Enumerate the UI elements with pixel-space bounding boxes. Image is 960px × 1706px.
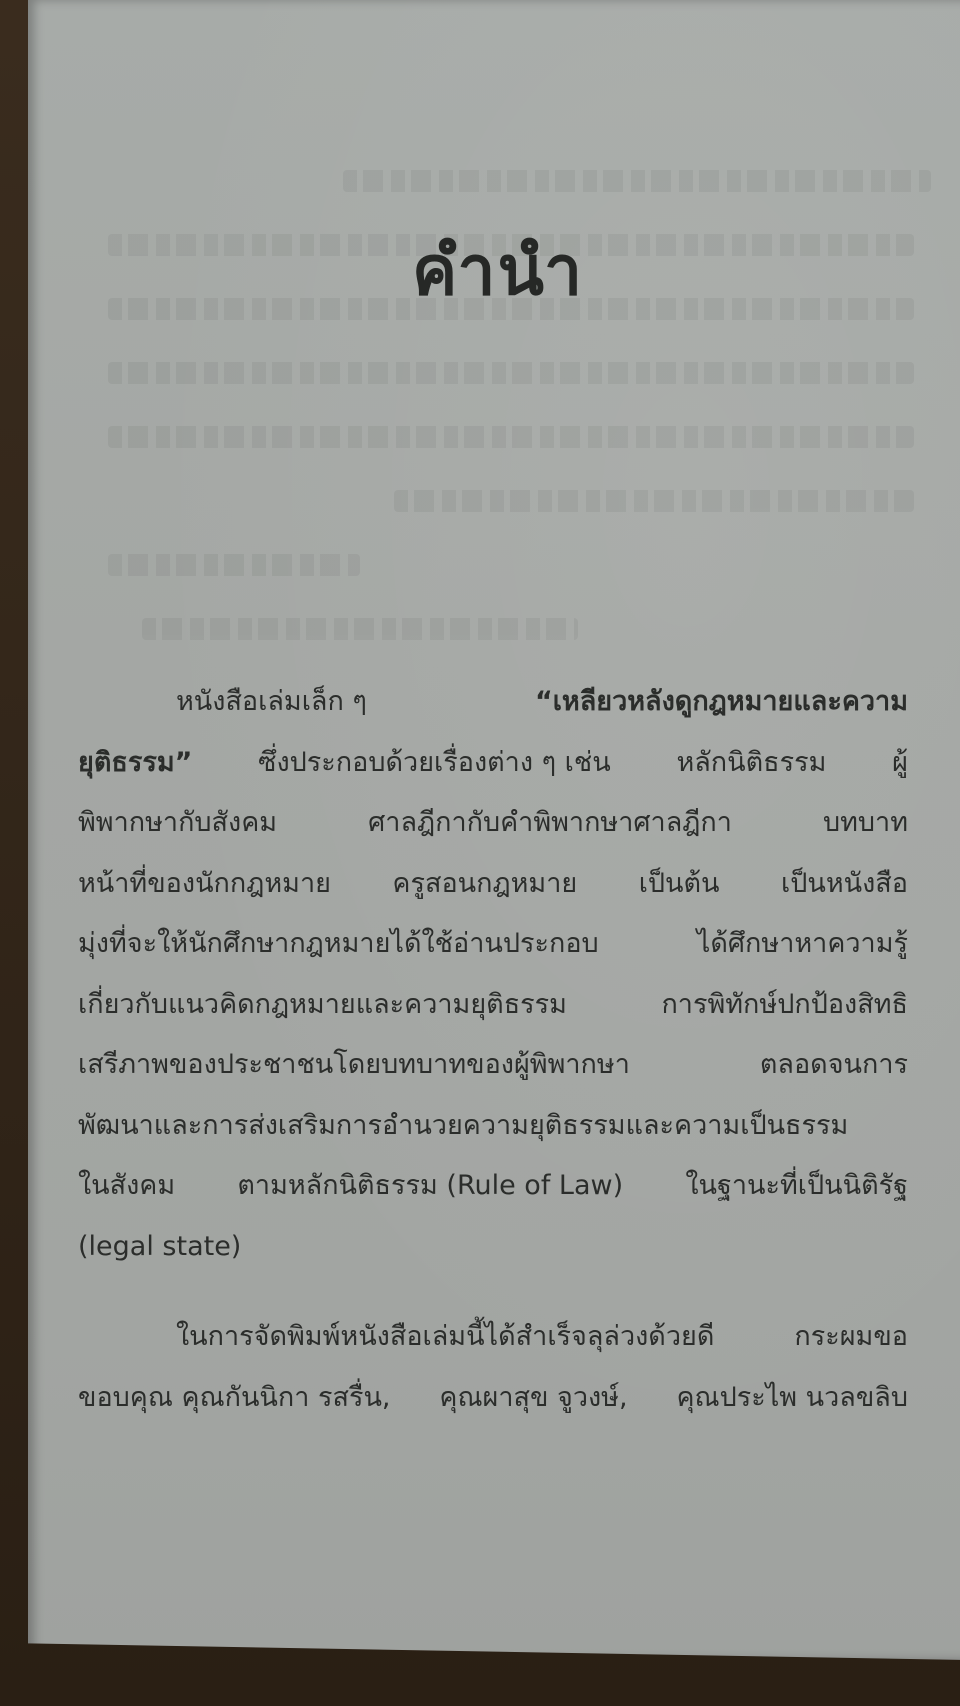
text-segment: ได้ศึกษาหาความรู้ xyxy=(697,914,908,975)
text-segment: ในฐานะที่เป็นนิติรัฐ xyxy=(685,1156,908,1217)
text-line: เกี่ยวกับแนวคิดกฎหมายและความยุติธรรม การ… xyxy=(78,975,908,1036)
text-segment: หนังสือเล่มเล็ก ๆ xyxy=(176,672,367,733)
text-segment: ตลอดจนการ xyxy=(760,1035,908,1096)
text-segment: เกี่ยวกับแนวคิดกฎหมายและความยุติธรรม xyxy=(78,975,567,1036)
text-segment: การพิทักษ์ปกป้องสิทธิ xyxy=(661,975,908,1036)
text-segment: คุณประไพ นวลขลิบ xyxy=(676,1368,908,1429)
text-segment: พิพากษากับสังคม xyxy=(78,793,277,854)
text-segment: เสรีภาพของประชาชนโดยบทบาทของผู้พิพากษา xyxy=(78,1035,630,1096)
text-segment: หลักนิติธรรม xyxy=(676,733,826,794)
text-line: หน้าที่ของนักกฎหมาย ครูสอนกฎหมาย เป็นต้น… xyxy=(78,854,908,915)
text-segment: ศาลฎีกากับคำพิพากษาศาลฎีกา xyxy=(368,793,732,854)
preface-body: หนังสือเล่มเล็ก ๆ “เหลียวหลังดูกฎหมายและ… xyxy=(78,672,908,1428)
paragraph-1: หนังสือเล่มเล็ก ๆ “เหลียวหลังดูกฎหมายและ… xyxy=(78,672,908,1277)
text-line: มุ่งที่จะให้นักศึกษากฎหมายได้ใช้อ่านประก… xyxy=(78,914,908,975)
text-segment: ขอบคุณ คุณกันนิกา รสรื่น, xyxy=(78,1368,391,1429)
text-line: ขอบคุณ คุณกันนิกา รสรื่น, คุณผาสุข จูวงษ… xyxy=(78,1368,908,1429)
text-line: ยุติธรรม” ซึ่งประกอบด้วยเรื่องต่าง ๆ เช่… xyxy=(78,733,908,794)
text-line: (legal state) xyxy=(78,1217,908,1278)
photo-scene: คำนำ หนังสือเล่มเล็ก ๆ “เหลียวหลังดูกฎหม… xyxy=(0,0,960,1706)
text-segment: (legal state) xyxy=(78,1217,241,1278)
text-segment: กระผมขอ xyxy=(794,1307,908,1368)
text-line: เสรีภาพของประชาชนโดยบทบาทของผู้พิพากษา ต… xyxy=(78,1035,908,1096)
text-line: พิพากษากับสังคม ศาลฎีกากับคำพิพากษาศาลฎี… xyxy=(78,793,908,854)
page-title: คำนำ xyxy=(28,216,960,324)
text-segment: พัฒนาและการส่งเสริมการอำนวยความยุติธรรมแ… xyxy=(78,1096,848,1157)
text-line: หนังสือเล่มเล็ก ๆ “เหลียวหลังดูกฎหมายและ… xyxy=(78,672,908,733)
text-line: พัฒนาและการส่งเสริมการอำนวยความยุติธรรมแ… xyxy=(78,1096,908,1157)
text-segment: เป็นต้น xyxy=(639,854,720,915)
text-line: ในการจัดพิมพ์หนังสือเล่มนี้ได้สำเร็จลุล่… xyxy=(78,1307,908,1368)
text-line: ในสังคม ตามหลักนิติธรรม (Rule of Law) ใน… xyxy=(78,1156,908,1217)
text-segment: ครูสอนกฎหมาย xyxy=(392,854,577,915)
text-segment: ผู้ xyxy=(892,733,908,794)
paragraph-2: ในการจัดพิมพ์หนังสือเล่มนี้ได้สำเร็จลุล่… xyxy=(78,1307,908,1428)
text-segment: ในการจัดพิมพ์หนังสือเล่มนี้ได้สำเร็จลุล่… xyxy=(176,1307,714,1368)
text-segment: ในสังคม xyxy=(78,1156,175,1217)
text-segment: หน้าที่ของนักกฎหมาย xyxy=(78,854,331,915)
text-segment: คุณผาสุข จูวงษ์, xyxy=(439,1368,627,1429)
text-segment: เป็นหนังสือ xyxy=(781,854,908,915)
book-title-quote: ยุติธรรม” xyxy=(78,733,192,794)
text-segment: ตามหลักนิติธรรม (Rule of Law) xyxy=(237,1156,623,1217)
text-segment: มุ่งที่จะให้นักศึกษากฎหมายได้ใช้อ่านประก… xyxy=(78,914,599,975)
book-title-quote: “เหลียวหลังดูกฎหมายและความ xyxy=(535,672,908,733)
text-segment: บทบาท xyxy=(823,793,908,854)
text-segment: ซึ่งประกอบด้วยเรื่องต่าง ๆ เช่น xyxy=(258,733,611,794)
